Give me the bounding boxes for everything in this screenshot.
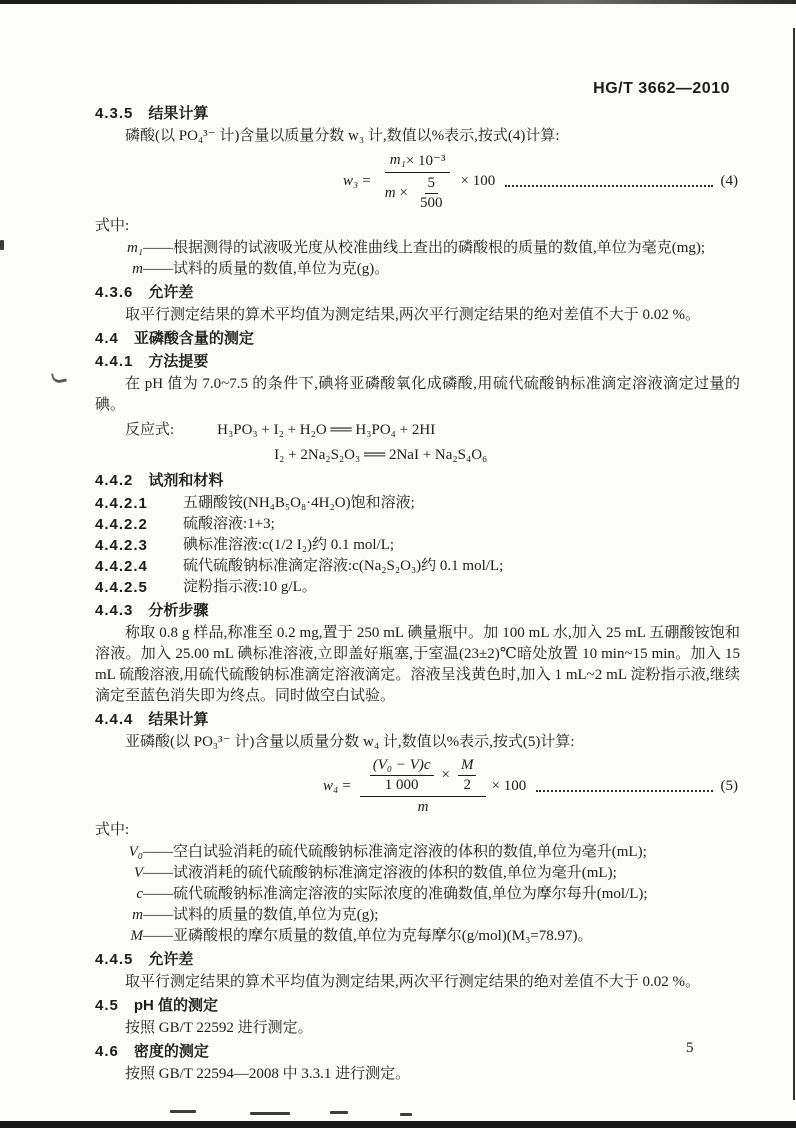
section-number: 4.3.6 xyxy=(95,284,133,301)
page-content: HG/T 3662—2010 4.3.5结果计算 磷酸(以 PO₄³⁻ 计)含量… xyxy=(95,80,740,1086)
scan-speck xyxy=(250,1112,290,1115)
reagent-text: 碘标准溶液:c(1/2 I₂)约 0.1 mol/L; xyxy=(183,535,394,556)
reagent-item: 4.4.2.2 硫酸溶液:1+3; xyxy=(95,514,740,535)
definition-desc: ——试料的质量的数值,单位为克(g); xyxy=(143,905,740,926)
definition-term: m xyxy=(95,905,143,926)
where-label: 式中: xyxy=(95,820,740,841)
section-heading-4-4-1: 4.4.1方法提要 xyxy=(95,351,740,372)
section-title: pH 值的测定 xyxy=(134,997,218,1014)
where-label: 式中: xyxy=(95,216,740,237)
nested-numerator: M xyxy=(458,757,477,776)
paragraph: 磷酸(以 PO₄³⁻ 计)含量以质量分数 w₃ 计,数值以%表示,按式(4)计算… xyxy=(95,126,740,147)
definition-desc: ——空白试验消耗的硫代硫酸钠标准滴定溶液的体积的数值,单位为毫升(mL); xyxy=(143,842,740,863)
times-100: × 100 xyxy=(491,778,526,795)
formula-4: w₃ = m₁ × 10⁻³ m × 5 500 × 100 (4) xyxy=(95,151,740,212)
nested-fraction: M 2 xyxy=(458,757,477,794)
section-title: 结果计算 xyxy=(148,711,208,728)
section-number: 4.4.5 xyxy=(95,951,133,968)
reaction-equations: H₃PO₃ + I₂ + H₂O ══ H₃PO₄ + 2HI I₂ + 2Na… xyxy=(217,418,487,468)
section-number: 4.6 xyxy=(95,1043,119,1060)
variable: m xyxy=(385,185,396,202)
definition-term: c xyxy=(95,884,143,905)
nested-fraction: 5 500 xyxy=(417,175,446,212)
fraction: (V₀ − V)c 1 000 × M 2 m xyxy=(360,757,487,816)
formula-number: (5) xyxy=(721,778,741,795)
definition-term: m xyxy=(95,259,143,280)
definition-desc: ——根据测得的试液吸光度从校准曲线上查出的磷酸根的质量的数值,单位为毫克(mg)… xyxy=(143,238,740,259)
formula-lhs: w₄ xyxy=(323,778,338,795)
section-heading-4-4-2: 4.4.2试剂和材料 xyxy=(95,470,740,491)
reagent-number: 4.4.2.5 xyxy=(95,577,183,598)
fraction: m₁ × 10⁻³ m × 5 500 xyxy=(380,151,456,212)
scan-edge-bottom xyxy=(0,1121,796,1128)
reagent-number: 4.4.2.1 xyxy=(95,493,183,514)
numerator-rest: × 10⁻³ xyxy=(406,151,446,170)
section-title: 方法提要 xyxy=(148,353,208,370)
paragraph: 按照 GB/T 22594—2008 中 3.3.1 进行测定。 xyxy=(95,1064,740,1085)
formula-5-expression: w₄ = (V₀ − V)c 1 000 × M 2 m xyxy=(323,757,526,816)
reagent-item: 4.4.2.1 五硼酸铵(NH₄B₅O₈·4H₂O)饱和溶液; xyxy=(95,493,740,514)
paragraph: 称取 0.8 g 样品,称准至 0.2 mg,置于 250 mL 碘量瓶中。加 … xyxy=(95,623,740,707)
section-number: 4.5 xyxy=(95,997,119,1014)
formula-lhs: w₃ xyxy=(343,173,358,190)
definition-term: m₁ xyxy=(95,238,143,259)
definition-row: M ——亚磷酸根的摩尔质量的数值,单位为克每摩尔(g/mol)(M₃=78.97… xyxy=(95,926,740,947)
dotted-leader xyxy=(505,183,712,187)
nested-fraction: (V₀ − V)c 1 000 xyxy=(370,757,434,794)
chemical-equation-2: I₂ + 2Na₂S₂O₃ ══ 2NaI + Na₂S₄O₆ xyxy=(274,443,487,468)
reagent-item: 4.4.2.4 硫代硫酸钠标准滴定溶液:c(Na₂S₂O₃)约 0.1 mol/… xyxy=(95,556,740,577)
fraction-denominator: m xyxy=(413,797,434,816)
definition-desc: ——试料的质量的数值,单位为克(g)。 xyxy=(143,259,740,280)
fraction-numerator: m₁ × 10⁻³ xyxy=(385,151,451,173)
definition-term: V₀ xyxy=(95,842,143,863)
nested-denominator: 1 000 xyxy=(382,776,422,794)
scan-edge-top xyxy=(0,0,796,4)
nested-numerator: 5 xyxy=(425,175,439,194)
reagent-text: 淀粉指示液:10 g/L。 xyxy=(183,577,317,598)
paragraph: 按照 GB/T 22592 进行测定。 xyxy=(95,1018,740,1039)
section-number: 4.3.5 xyxy=(95,105,133,122)
chemical-equation-1: H₃PO₃ + I₂ + H₂O ══ H₃PO₄ + 2HI xyxy=(217,418,487,443)
times-100: × 100 xyxy=(461,173,496,190)
paragraph: 取平行测定结果的算术平均值为测定结果,两次平行测定结果的绝对差值不大于 0.02… xyxy=(95,972,740,993)
times-sign: × xyxy=(442,767,450,784)
section-title: 密度的测定 xyxy=(134,1043,209,1060)
section-heading-4-4-4: 4.4.4结果计算 xyxy=(95,709,740,730)
scan-speck xyxy=(170,1110,196,1113)
scan-speck xyxy=(0,240,4,250)
definition-row: V ——试液消耗的硫代硫酸钠标准滴定溶液的体积的数值,单位为毫升(mL); xyxy=(95,863,740,884)
scan-edge-right xyxy=(793,28,795,1100)
nested-numerator: (V₀ − V)c xyxy=(370,757,434,776)
definition-row: m ——试料的质量的数值,单位为克(g)。 xyxy=(95,259,740,280)
nested-denominator: 2 xyxy=(460,776,474,794)
definition-term: M xyxy=(95,926,143,947)
formula-5: w₄ = (V₀ − V)c 1 000 × M 2 m xyxy=(95,757,740,816)
page-number: 5 xyxy=(686,1040,694,1057)
equals-sign: = xyxy=(362,173,370,190)
section-number: 4.4.4 xyxy=(95,711,133,728)
equals-sign: = xyxy=(342,778,350,795)
definition-desc: ——试液消耗的硫代硫酸钠标准滴定溶液的体积的数值,单位为毫升(mL); xyxy=(143,863,740,884)
section-number: 4.4.1 xyxy=(95,353,133,370)
section-title: 试剂和材料 xyxy=(148,472,223,489)
section-heading-4-4: 4.4亚磷酸含量的测定 xyxy=(95,328,740,349)
reagent-number: 4.4.2.2 xyxy=(95,514,183,535)
definition-row: c ——硫代硫酸钠标准滴定溶液的实际浓度的准确数值,单位为摩尔每升(mol/L)… xyxy=(95,884,740,905)
section-heading-4-4-5: 4.4.5允许差 xyxy=(95,949,740,970)
section-title: 允许差 xyxy=(148,284,193,301)
reaction-label: 反应式: xyxy=(125,418,174,468)
scan-speck xyxy=(330,1111,348,1114)
formula-number: (4) xyxy=(721,173,741,190)
document-code: HG/T 3662—2010 xyxy=(95,80,740,98)
dotted-leader xyxy=(536,788,712,792)
definition-term: V xyxy=(95,863,143,884)
formula-4-expression: w₃ = m₁ × 10⁻³ m × 5 500 × 100 xyxy=(343,151,495,212)
section-title: 结果计算 xyxy=(148,105,208,122)
fraction-numerator: (V₀ − V)c 1 000 × M 2 xyxy=(360,757,487,797)
reagent-text: 硫代硫酸钠标准滴定溶液:c(Na₂S₂O₃)约 0.1 mol/L; xyxy=(183,556,503,577)
section-heading-4-3-6: 4.3.6允许差 xyxy=(95,282,740,303)
reagent-item: 4.4.2.3 碘标准溶液:c(1/2 I₂)约 0.1 mol/L; xyxy=(95,535,740,556)
definition-row: V₀ ——空白试验消耗的硫代硫酸钠标准滴定溶液的体积的数值,单位为毫升(mL); xyxy=(95,842,740,863)
section-title: 允许差 xyxy=(148,951,193,968)
variable: m₁ xyxy=(390,152,406,169)
section-heading-4-4-3: 4.4.3分析步骤 xyxy=(95,600,740,621)
definition-desc: ——亚磷酸根的摩尔质量的数值,单位为克每摩尔(g/mol)(M₃=78.97)。 xyxy=(143,926,740,947)
section-title: 分析步骤 xyxy=(148,602,208,619)
definition-row: m ——试料的质量的数值,单位为克(g); xyxy=(95,905,740,926)
definition-row: m₁ ——根据测得的试液吸光度从校准曲线上查出的磷酸根的质量的数值,单位为毫克(… xyxy=(95,238,740,259)
section-heading-4-6: 4.6密度的测定 xyxy=(95,1041,740,1062)
section-number: 4.4.3 xyxy=(95,602,133,619)
section-heading-4-3-5: 4.3.5结果计算 xyxy=(95,103,740,124)
reagent-text: 硫酸溶液:1+3; xyxy=(183,514,275,535)
nested-denominator: 500 xyxy=(417,194,446,212)
paragraph: 亚磷酸(以 PO₃³⁻ 计)含量以质量分数 w₄ 计,数值以%表示,按式(5)计… xyxy=(95,732,740,753)
reagent-number: 4.4.2.3 xyxy=(95,535,183,556)
document-page: HG/T 3662—2010 4.3.5结果计算 磷酸(以 PO₄³⁻ 计)含量… xyxy=(0,0,796,1128)
section-number: 4.4.2 xyxy=(95,472,133,489)
reagent-item: 4.4.2.5 淀粉指示液:10 g/L。 xyxy=(95,577,740,598)
section-number: 4.4 xyxy=(95,330,119,347)
reagent-text: 五硼酸铵(NH₄B₅O₈·4H₂O)饱和溶液; xyxy=(183,493,415,514)
reagent-number: 4.4.2.4 xyxy=(95,556,183,577)
scan-speck xyxy=(400,1113,412,1116)
section-title: 亚磷酸含量的测定 xyxy=(134,330,254,347)
scan-smudge xyxy=(51,371,67,385)
paragraph: 在 pH 值为 7.0~7.5 的条件下,碘将亚磷酸氧化成磷酸,用硫代硫酸钠标准… xyxy=(95,374,740,416)
fraction-denominator: m × 5 500 xyxy=(380,173,456,212)
paragraph: 取平行测定结果的算术平均值为测定结果,两次平行测定结果的绝对差值不大于 0.02… xyxy=(95,305,740,326)
reaction-block: 反应式: H₃PO₃ + I₂ + H₂O ══ H₃PO₄ + 2HI I₂ … xyxy=(95,418,740,468)
section-heading-4-5: 4.5pH 值的测定 xyxy=(95,995,740,1016)
times-sign: × xyxy=(400,185,408,202)
definition-desc: ——硫代硫酸钠标准滴定溶液的实际浓度的准确数值,单位为摩尔每升(mol/L); xyxy=(143,884,740,905)
